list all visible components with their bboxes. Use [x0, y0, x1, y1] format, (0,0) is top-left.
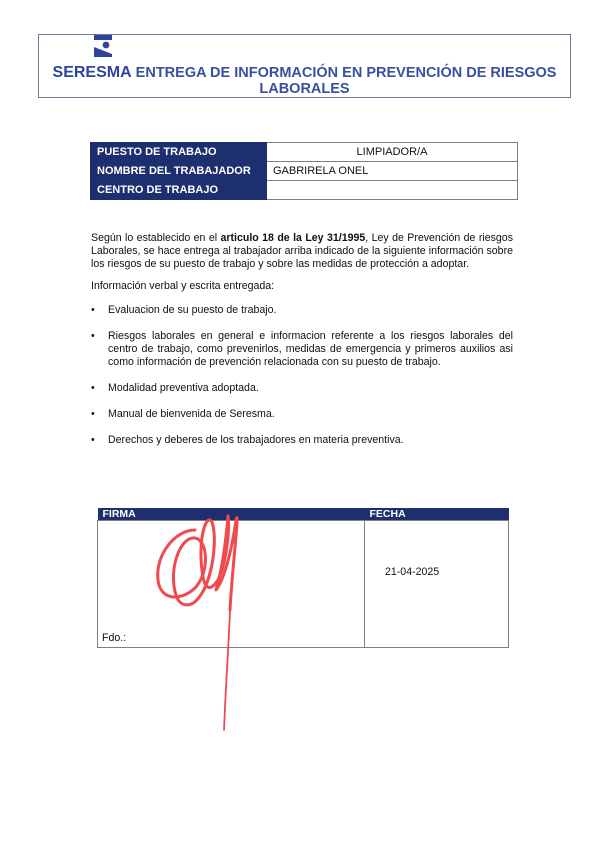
document-title: SERESMA ENTREGA DE INFORMACIÓN EN PREVEN…: [39, 64, 570, 82]
list-item: •Derechos y deberes de los trabajadores …: [91, 434, 513, 447]
brand-name: SERESMA: [53, 64, 132, 81]
bullet-icon: •: [91, 330, 95, 343]
table-row: NOMBRE DEL TRABAJADOR GABRIRELA ONEL: [91, 162, 518, 181]
list-item-text: Modalidad preventiva adoptada.: [108, 382, 259, 394]
list-item: •Evaluacion de su puesto de trabajo.: [91, 304, 513, 317]
info-items-list: •Evaluacion de su puesto de trabajo. •Ri…: [91, 304, 513, 460]
bullet-icon: •: [91, 382, 95, 395]
list-item: •Manual de bienvenida de Seresma.: [91, 408, 513, 421]
fecha-header: FECHA: [365, 508, 509, 521]
title-text: ENTREGA DE INFORMACIÓN EN PREVENCIÓN DE …: [136, 65, 557, 81]
centro-label: CENTRO DE TRABAJO: [91, 181, 267, 200]
list-item-text: Derechos y deberes de los trabajadores e…: [108, 434, 404, 446]
date-field: 21-04-2025: [365, 521, 509, 648]
worker-info-table: PUESTO DE TRABAJO LIMPIADOR/A NOMBRE DEL…: [90, 142, 518, 200]
intro-prefix: Según lo establecido en el: [91, 232, 220, 244]
document-header: SERESMA ENTREGA DE INFORMACIÓN EN PREVEN…: [38, 34, 571, 98]
firma-header: FIRMA: [98, 508, 365, 521]
list-item: •Modalidad preventiva adoptada.: [91, 382, 513, 395]
seresma-logo-icon: [92, 35, 114, 57]
list-item: •Riesgos laborales en general e informac…: [91, 330, 513, 369]
nombre-value: GABRIRELA ONEL: [267, 162, 518, 181]
list-item-text: Evaluacion de su puesto de trabajo.: [108, 304, 276, 316]
fdo-label: Fdo.:: [102, 632, 126, 644]
puesto-label: PUESTO DE TRABAJO: [91, 143, 267, 162]
bullet-icon: •: [91, 434, 95, 447]
signature-field[interactable]: Fdo.:: [98, 521, 365, 648]
list-item-text: Manual de bienvenida de Seresma.: [108, 408, 275, 420]
signature-table: FIRMA FECHA Fdo.: 21-04-2025: [97, 508, 509, 648]
nombre-label: NOMBRE DEL TRABAJADOR: [91, 162, 267, 181]
list-heading: Información verbal y escrita entregada:: [91, 280, 513, 293]
table-row: CENTRO DE TRABAJO: [91, 181, 518, 200]
table-row: PUESTO DE TRABAJO LIMPIADOR/A: [91, 143, 518, 162]
bullet-icon: •: [91, 408, 95, 421]
intro-paragraph: Según lo establecido en el articulo 18 d…: [91, 232, 513, 271]
document-title-line2: LABORALES: [39, 81, 570, 97]
centro-value: [267, 181, 518, 200]
law-reference: articulo 18 de la Ley 31/1995: [220, 232, 365, 244]
bullet-icon: •: [91, 304, 95, 317]
puesto-value: LIMPIADOR/A: [267, 143, 518, 162]
list-item-text: Riesgos laborales en general e informaci…: [108, 330, 513, 368]
